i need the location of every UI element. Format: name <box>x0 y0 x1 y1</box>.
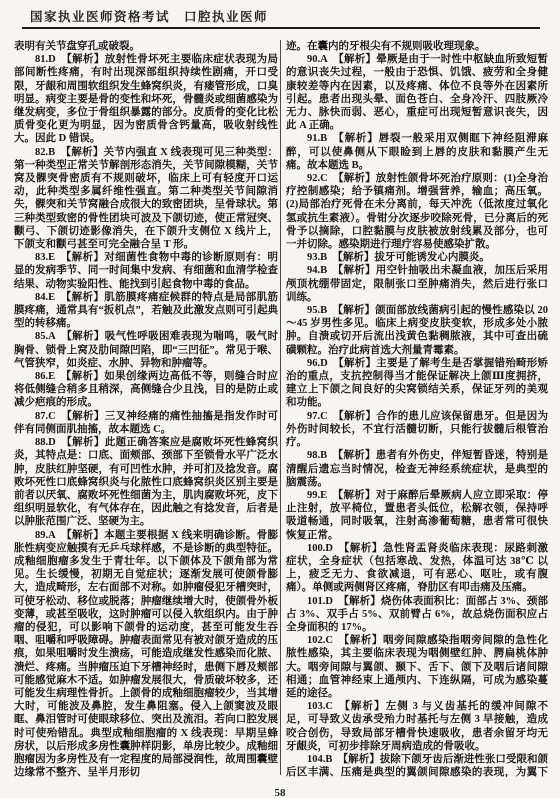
answer-paragraph: 91.B 【解析】唇裂一般采用双侧眶下神经阻滞麻醉，可以使鼻侧从下眼睑到上唇的皮… <box>286 132 548 172</box>
answer-paragraph: 90.A 【解析】晕厥是由于一时性中枢缺血所致短暂的意识丧失过程，一般由于恐惧、… <box>286 53 548 132</box>
answer-paragraph: 96.D 【解析】主要是了解考生是否掌握错殆畸形矫治的重点，支抗控制得当才能保证… <box>286 357 548 410</box>
answer-number: 88.D <box>35 437 61 448</box>
answer-paragraph: 86.E 【解析】如果创缘两边高低不等，则缝合时应将低侧缝合稍多且稍深，高侧缝合… <box>14 370 278 410</box>
analysis-label: 【解析】 <box>61 437 105 448</box>
analysis-label: 【解析】 <box>338 635 383 646</box>
analysis-label: 【解析】 <box>60 292 104 303</box>
answer-number: 103.C <box>307 701 338 712</box>
running-head-title: 国家执业医师资格考试 口腔执业医师 <box>30 7 268 25</box>
answer-number: 85.A <box>35 331 61 342</box>
analysis-label: 【解析】 <box>60 252 104 263</box>
answer-number: 93.B <box>307 252 332 263</box>
analysis-label: 【解析】 <box>333 411 376 422</box>
analysis-label: 【解析】 <box>332 252 374 263</box>
analysis-label: 【解析】 <box>61 331 105 342</box>
analysis-label: 【解析】 <box>333 358 376 369</box>
page-number: 58 <box>0 787 560 798</box>
answer-number: 99.E <box>307 490 332 501</box>
answer-paragraph: 93.B 【解析】拔牙可能诱发心内膜炎。 <box>286 251 548 264</box>
analysis-label: 【解析】 <box>338 596 381 607</box>
answer-number: 82.B <box>35 147 60 158</box>
analysis-label: 【解析】 <box>61 54 105 65</box>
answer-paragraph: 82.B 【解析】关节内强直 X 线表现可见三种类型：第一种类型正常关节解剖形态… <box>14 146 278 252</box>
answer-number: 90.A <box>307 54 333 65</box>
answer-number: 87.C <box>35 411 61 422</box>
scanned-exam-answer-page: 国家执业医师资格考试 口腔执业医师 表明有关节盘穿孔或破裂。81.D 【解析】放… <box>0 0 560 798</box>
answer-paragraph: 92.C 【解析】放射性颌骨坏死治疗原则：(1)全身治疗控制感染；给予镇痛剂。增… <box>286 172 548 251</box>
answer-number: 94.B <box>307 265 332 276</box>
analysis-label: 【解析】 <box>338 701 385 712</box>
answer-number: 104.B <box>307 754 338 765</box>
continuation-paragraph: 迹。在囊内的牙根尖有不规则吸收理现象。 <box>286 40 548 53</box>
analysis-label: 【解析】 <box>332 133 378 144</box>
right-text-column: 迹。在囊内的牙根尖有不规则吸收理现象。90.A 【解析】晕厥是由于一时性中枢缺血… <box>286 40 548 777</box>
answer-number: 83.E <box>35 252 60 263</box>
header-rule <box>22 27 540 29</box>
answer-number: 91.B <box>307 133 332 144</box>
answer-paragraph: 95.B 【解析】颌面部放线菌病引起的慢性感染以 20～45 岁男性多见。临床上… <box>286 304 548 357</box>
answer-number: 100.D <box>307 543 338 554</box>
analysis-label: 【解析】 <box>338 754 380 765</box>
answer-paragraph: 89.A 【解析】本题主要根据 X 线来明确诊断。骨膨胀性病变应触摸有无乒乓球样… <box>14 529 278 777</box>
answer-paragraph: 81.D 【解析】放射性骨坏死主要临床症状表现为局部间断性疼痛，有时出现深部组织… <box>14 53 278 145</box>
analysis-label: 【解析】 <box>332 305 375 316</box>
answer-paragraph: 97.C 【解析】合作的患儿应该保留患牙。但是因为外伤时间较长，不宜行活髓切断，… <box>286 410 548 450</box>
answer-paragraph: 99.E 【解析】对于麻醉后晕厥病人应立即采取：停止注射，放平椅位，置患者头低位… <box>286 489 548 542</box>
answer-number: 86.E <box>35 371 60 382</box>
answer-number: 101.D <box>307 596 338 607</box>
answer-number: 96.D <box>307 358 333 369</box>
answer-paragraph: 87.C 【解析】三叉神经痛的痛性抽搐是指发作时可伴有同侧面肌抽搐，故本题选 C… <box>14 410 278 436</box>
answer-number: 81.D <box>35 54 61 65</box>
answer-paragraph: 103.C 【解析】左侧 3 与义齿基托的缓冲间隙不足，可导致义齿承受殆力时基托… <box>286 700 548 753</box>
analysis-label: 【解析】 <box>338 543 383 554</box>
analysis-label: 【解析】 <box>60 371 104 382</box>
answer-paragraph: 85.A 【解析】吸气性呼吸困难表现为喘鸣，吸气时胸骨、锁骨上窝及肋间隙凹陷，即… <box>14 330 278 370</box>
answer-paragraph: 104.B 【解析】拔除下颌牙齿后渐进性张口受限和颌后区丰满、压痛是典型的翼颌间… <box>286 753 548 777</box>
analysis-label: 【解析】 <box>333 173 376 184</box>
answer-paragraph: 101.D 【解析】烧伤体表面积比：面部占 3%、颈部占 3%、双手占 5%、双… <box>286 595 548 635</box>
answer-paragraph: 94.B 【解析】用空针抽吸出未凝血液，加压后采用颅顶枕绷带固定，限制张口至肿痛… <box>286 264 548 304</box>
column-divider <box>280 40 281 775</box>
answer-number: 97.C <box>307 411 333 422</box>
answer-paragraph: 98.B 【解析】患者有外伤史，伴短暂昏迷，特别是清醒后遗忘当时情况，检查无神经… <box>286 449 548 489</box>
answer-paragraph: 88.D 【解析】此题正确答案应是腐败坏死性蜂窝织炎，其特点是：口底、面颊部、颈… <box>14 436 278 528</box>
analysis-label: 【解析】 <box>333 54 376 65</box>
answer-number: 89.A <box>35 530 61 541</box>
analysis-label: 【解析】 <box>332 450 375 461</box>
answer-paragraph: 84.E 【解析】肌筋膜疼痛症候群的特点是局部肌筋膜疼痛，通常具有“扳机点”，若… <box>14 291 278 331</box>
analysis-label: 【解析】 <box>60 147 103 158</box>
answer-number: 98.B <box>307 450 332 461</box>
answer-number: 95.B <box>307 305 332 316</box>
answer-number: 92.C <box>307 173 333 184</box>
continuation-paragraph: 表明有关节盘穿孔或破裂。 <box>14 40 278 53</box>
analysis-label: 【解析】 <box>332 265 375 276</box>
analysis-label: 【解析】 <box>332 490 375 501</box>
answer-number: 102.C <box>307 635 338 646</box>
analysis-label: 【解析】 <box>61 530 104 541</box>
answer-number: 84.E <box>35 292 60 303</box>
answer-paragraph: 102.C 【解析】咽旁间隙感染指咽旁间隙的急性化脓性感染，其主要临床表现为咽侧… <box>286 634 548 700</box>
left-text-column: 表明有关节盘穿孔或破裂。81.D 【解析】放射性骨坏死主要临床症状表现为局部间断… <box>14 40 278 777</box>
answer-paragraph: 100.D 【解析】急性肾盂肾炎临床表现：尿路刺激症状，全身症状（包括寒战、发热… <box>286 542 548 595</box>
analysis-label: 【解析】 <box>61 411 105 422</box>
answer-paragraph: 83.E 【解析】对细菌性食物中毒的诊断原则有：明显的发病季节、同一时间集中发病… <box>14 251 278 291</box>
